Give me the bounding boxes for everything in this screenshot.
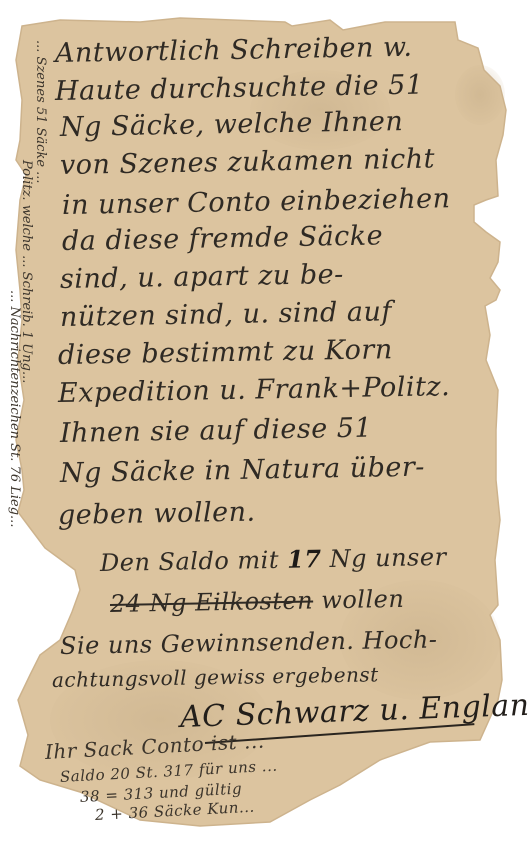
body-line: Haute durchsuchte die 51: [55, 70, 424, 107]
saldo-suffix: Ng unser: [329, 543, 446, 573]
body-line: Antwortlich Schreiben w.: [55, 32, 413, 69]
body-line: geben wollen.: [58, 497, 256, 531]
body-line: Ng Säcke, welche Ihnen: [60, 106, 404, 143]
margin-note: ... Szenes 51 Säcke ...: [33, 40, 48, 184]
struck-text: 24 Ng Eilkosten: [110, 586, 314, 618]
saldo-amount: 17: [287, 544, 322, 574]
body-line: Ihnen sie auf diese 51: [60, 413, 373, 449]
struck-line: 24 Ng Eilkosten wollen: [110, 585, 405, 618]
body-line: diese bestimmt zu Korn: [58, 334, 393, 371]
body-line: nützen sind, u. sind auf: [60, 296, 392, 333]
struck-line-rest: wollen: [321, 585, 404, 614]
document-scan: ... Szenes 51 Säcke ... Politz. welche .…: [0, 0, 530, 855]
body-line: da diese fremde Säcke: [62, 220, 384, 257]
body-line: sind, u. apart zu be-: [60, 259, 344, 295]
margin-note: ... Nachrichtenzeichen St. 76 Lieg...: [7, 290, 22, 527]
body-line: Ng Säcke in Natura über-: [60, 452, 425, 489]
body-line: von Szenes zukamen nicht: [60, 143, 435, 181]
saldo-line: Den Saldo mit 17 Ng unser: [100, 542, 447, 577]
saldo-prefix: Den Saldo mit: [100, 546, 279, 577]
